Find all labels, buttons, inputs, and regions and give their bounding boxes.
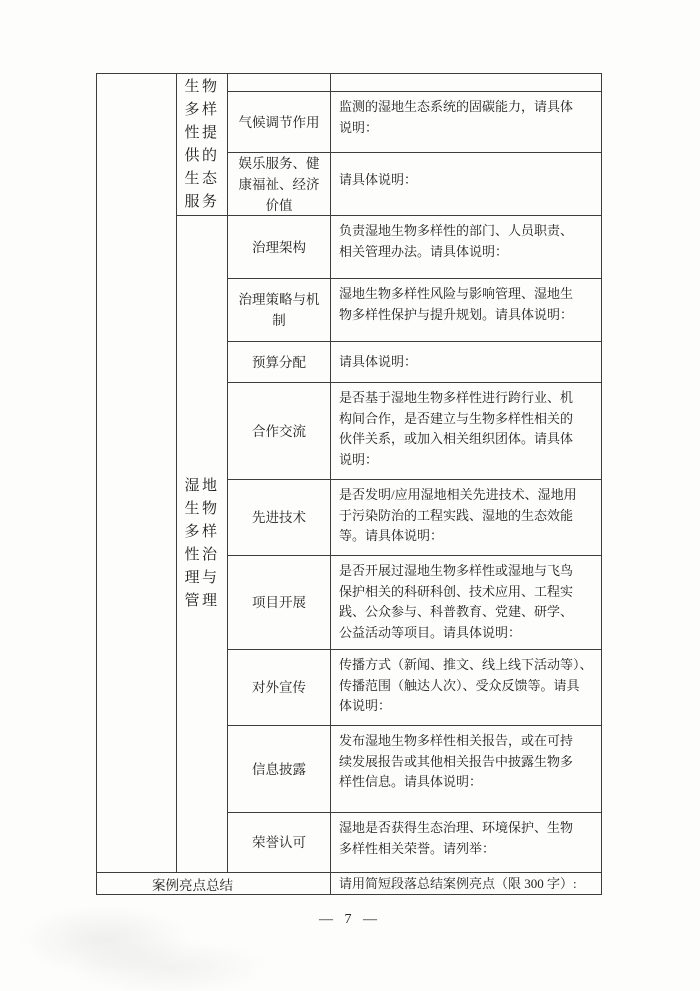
group-label-ecosystem-services: 生物 多样 性提 供的 生态 服务 (177, 74, 228, 216)
row-label-governance-structure: 治理架构 (228, 216, 331, 279)
row-label-recreation-health-economic: 娱乐服务、健 康福祉、经济 价值 (228, 153, 331, 216)
scan-smudge (70, 940, 270, 991)
row-desc-budget-allocation: 请具体说明： (331, 342, 601, 383)
row-desc-advanced-technology: 是否发明/应用湿地相关先进技术、湿地用 于污染防治的工程实践、湿地的生态效能 等… (331, 480, 601, 556)
row-label-information-disclosure: 信息披露 (228, 726, 331, 813)
row-desc-information-disclosure: 发布湿地生物多样性相关报告，或在可持 续发展报告或其他相关报告中披露生物多 样性… (331, 726, 601, 813)
row-label-cooperation-exchange: 合作交流 (228, 383, 331, 480)
row-desc-honor-recognition: 湿地是否获得生态治理、环境保护、生物 多样性相关荣誉。请列举： (331, 813, 601, 873)
summary-row-label: 案例亮点总结 (97, 873, 331, 894)
row-label-partial (228, 74, 331, 92)
row-desc-cooperation-exchange: 是否基于湿地生物多样性进行跨行业、机 构间合作，是否建立与生物多样性相关的 伙伴… (331, 383, 601, 480)
questionnaire-table: 生物 多样 性提 供的 生态 服务 湿地 生物 多样 性治 理与 管理 气候调节… (96, 73, 602, 895)
row-desc-governance-structure: 负责湿地生物多样性的部门、人员职责、 相关管理办法。请具体说明： (331, 216, 601, 279)
group-label-governance-management: 湿地 生物 多样 性治 理与 管理 (177, 216, 228, 873)
row-desc-partial (331, 74, 601, 92)
row-label-budget-allocation: 预算分配 (228, 342, 331, 383)
row-desc-recreation-health-economic: 请具体说明： (331, 153, 601, 216)
summary-row-desc: 请用简短段落总结案例亮点（限 300 字）: (331, 873, 601, 894)
row-label-external-publicity: 对外宣传 (228, 650, 331, 726)
row-label-governance-strategy: 治理策略与机 制 (228, 279, 331, 342)
row-label-project-development: 项目开展 (228, 556, 331, 650)
row-label-honor-recognition: 荣誉认可 (228, 813, 331, 873)
page-number: — 7 — (0, 912, 700, 928)
row-desc-external-publicity: 传播方式（新闻、推文、线上线下活动等）、 传播范围（触达人次）、受众反馈等。请具… (331, 650, 601, 726)
row-desc-project-development: 是否开展过湿地生物多样性或湿地与飞鸟 保护相关的科研科创、技术应用、工程实 践、… (331, 556, 601, 650)
row-desc-climate-regulation: 监测的湿地生态系统的固碳能力，请具体 说明： (331, 92, 601, 153)
scanned-document-page: 生物 多样 性提 供的 生态 服务 湿地 生物 多样 性治 理与 管理 气候调节… (0, 0, 700, 991)
row-label-advanced-technology: 先进技术 (228, 480, 331, 556)
row-label-climate-regulation: 气候调节作用 (228, 92, 331, 153)
row-desc-governance-strategy: 湿地生物多样性风险与影响管理、湿地生 物多样性保护与提升规划。请具体说明： (331, 279, 601, 342)
left-margin-cell (97, 74, 177, 873)
